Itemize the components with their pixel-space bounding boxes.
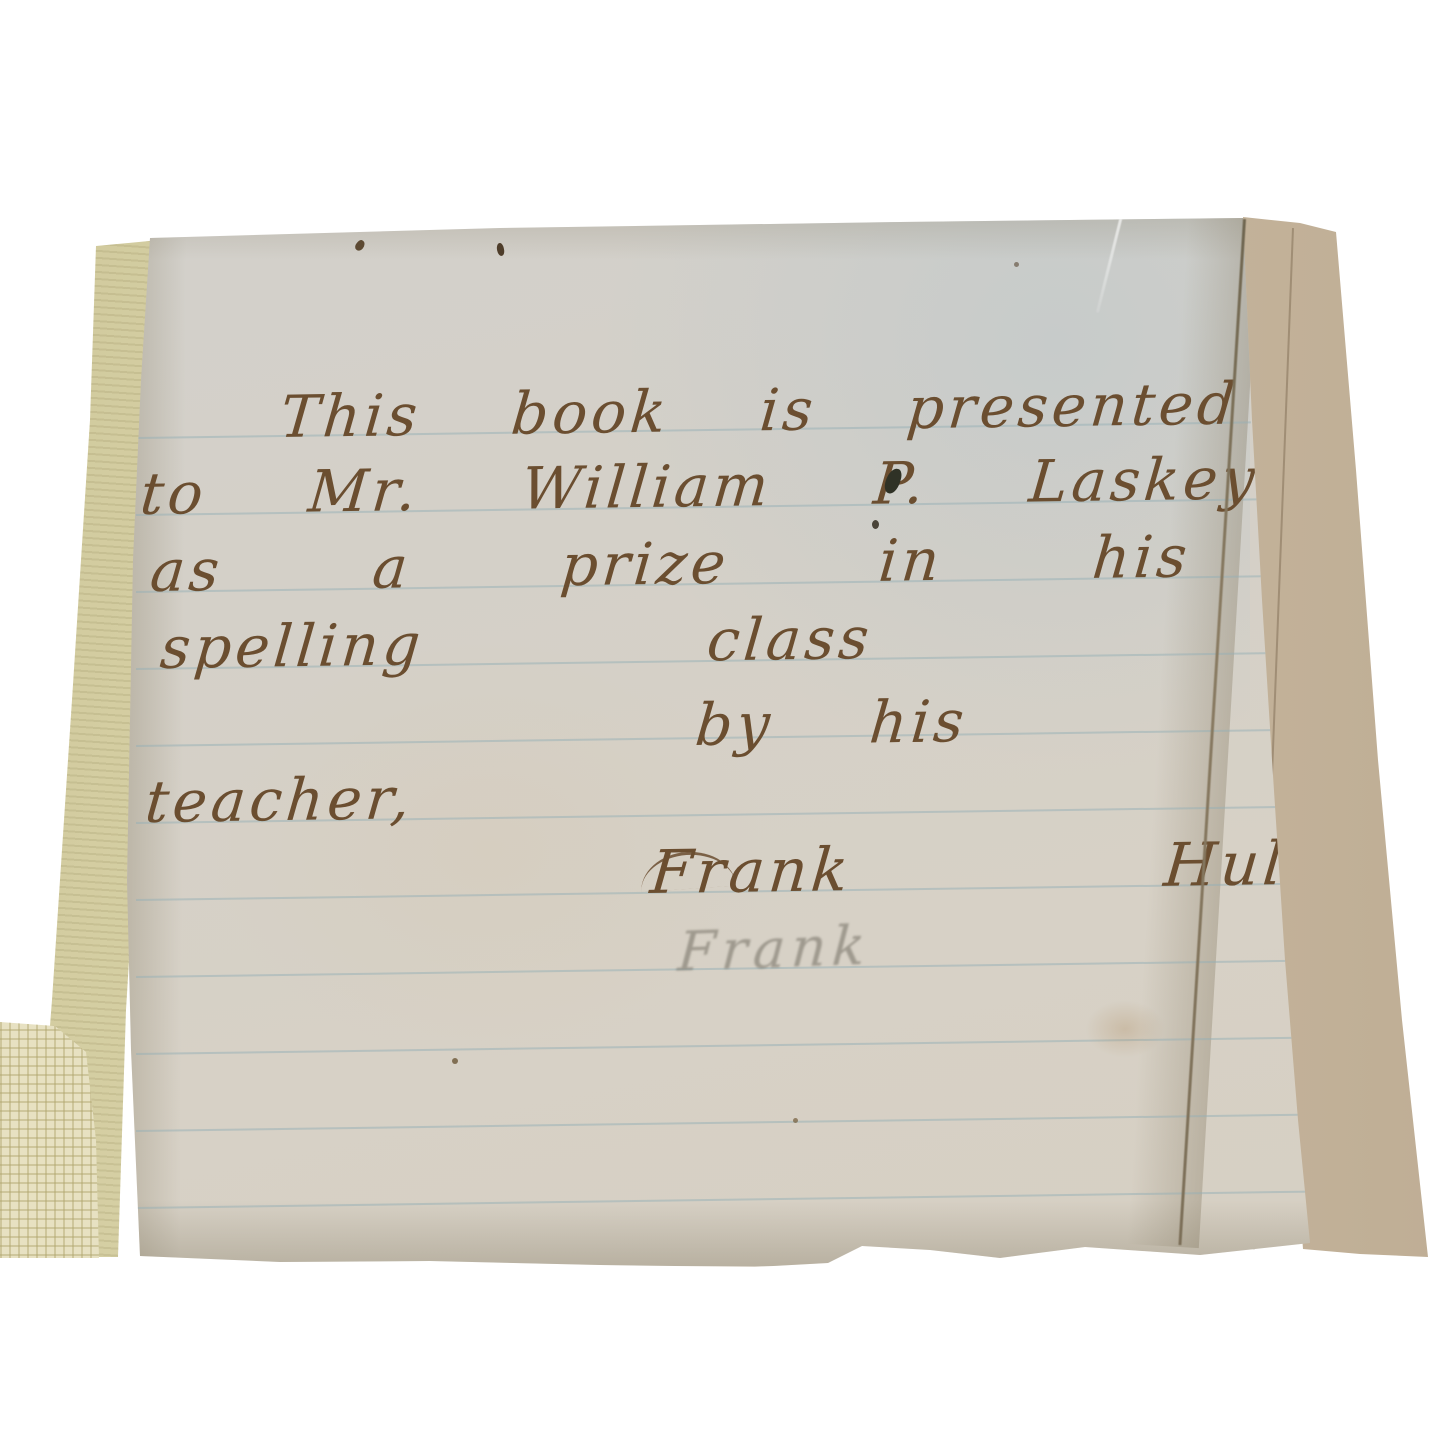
page-bottom-shadow	[130, 1200, 1310, 1266]
inscription-line-5: by his	[693, 692, 970, 754]
embossed-mark	[1088, 196, 1140, 336]
book-page: This book is presented to Mr. William P.…	[0, 0, 1445, 1445]
inscription-line-4: spelling class	[158, 609, 875, 677]
inscription-line-3: as a prize in his	[148, 527, 1193, 600]
photo-of-book-inscription: This book is presented to Mr. William P.…	[0, 0, 1445, 1445]
paper-stain	[1085, 1000, 1165, 1058]
ink-blot-dot	[872, 520, 879, 529]
inscription-line-2: to Mr. William P. Laskey	[138, 449, 1261, 523]
pencil-signature: Frank	[676, 918, 890, 979]
page-top-shadow	[140, 218, 1245, 260]
inscription-line-1: This book is presented	[278, 375, 1241, 446]
paper-stain	[793, 1118, 798, 1123]
paper-stain	[452, 1058, 458, 1064]
embossed-mark-stroke	[1096, 215, 1123, 313]
embossed-mark-curl	[1085, 191, 1123, 223]
inscription-line-6: teacher,	[143, 767, 573, 831]
inscription-line-7-signature: Frank Hull.	[648, 833, 1335, 903]
ink-speck	[1014, 262, 1019, 267]
